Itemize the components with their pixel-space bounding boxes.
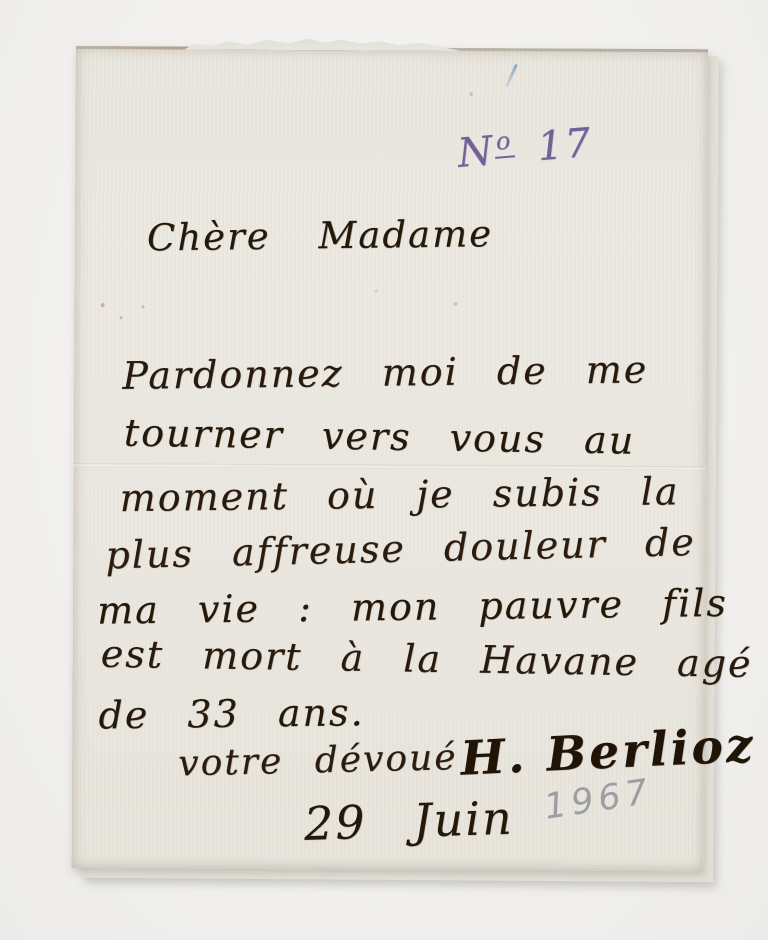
body-line: ma vie : mon pauvre fils xyxy=(97,584,728,630)
body-line: tourner vers vous au xyxy=(124,414,636,460)
body-line: est mort à la Havane agé xyxy=(101,635,753,683)
foxing-speck xyxy=(120,316,123,319)
blue-ink-mark xyxy=(505,64,518,88)
foxing-speck xyxy=(101,303,105,307)
torn-paper-remnant xyxy=(184,37,460,51)
foxing-speck xyxy=(375,290,378,293)
date-line: 29 Juin xyxy=(303,795,514,847)
foxing-speck xyxy=(142,305,145,308)
body-line: plus affreuse douleur de xyxy=(105,523,696,574)
annotation-number: 17 xyxy=(536,120,594,170)
body-line: de 33 ans. xyxy=(98,693,364,734)
greeting-line: Chère Madame xyxy=(147,215,493,256)
foxing-speck xyxy=(470,92,473,96)
body-line: moment où je subis la xyxy=(119,472,679,517)
signature: H. Berlioz xyxy=(459,722,756,783)
photo-background: No 17 Chère Madame Pardonnez moi de me t… xyxy=(0,0,768,940)
closing-line: votre dévoué xyxy=(178,740,458,782)
annotation-ordinal: o xyxy=(493,126,516,159)
pencil-year-note: 1967 xyxy=(542,775,655,826)
collection-number-annotation: No 17 xyxy=(456,123,594,174)
annotation-prefix: N xyxy=(456,128,497,177)
foxing-speck xyxy=(454,302,458,306)
letter-page: No 17 Chère Madame Pardonnez moi de me t… xyxy=(72,46,708,871)
body-line: Pardonnez moi de me xyxy=(122,350,648,394)
